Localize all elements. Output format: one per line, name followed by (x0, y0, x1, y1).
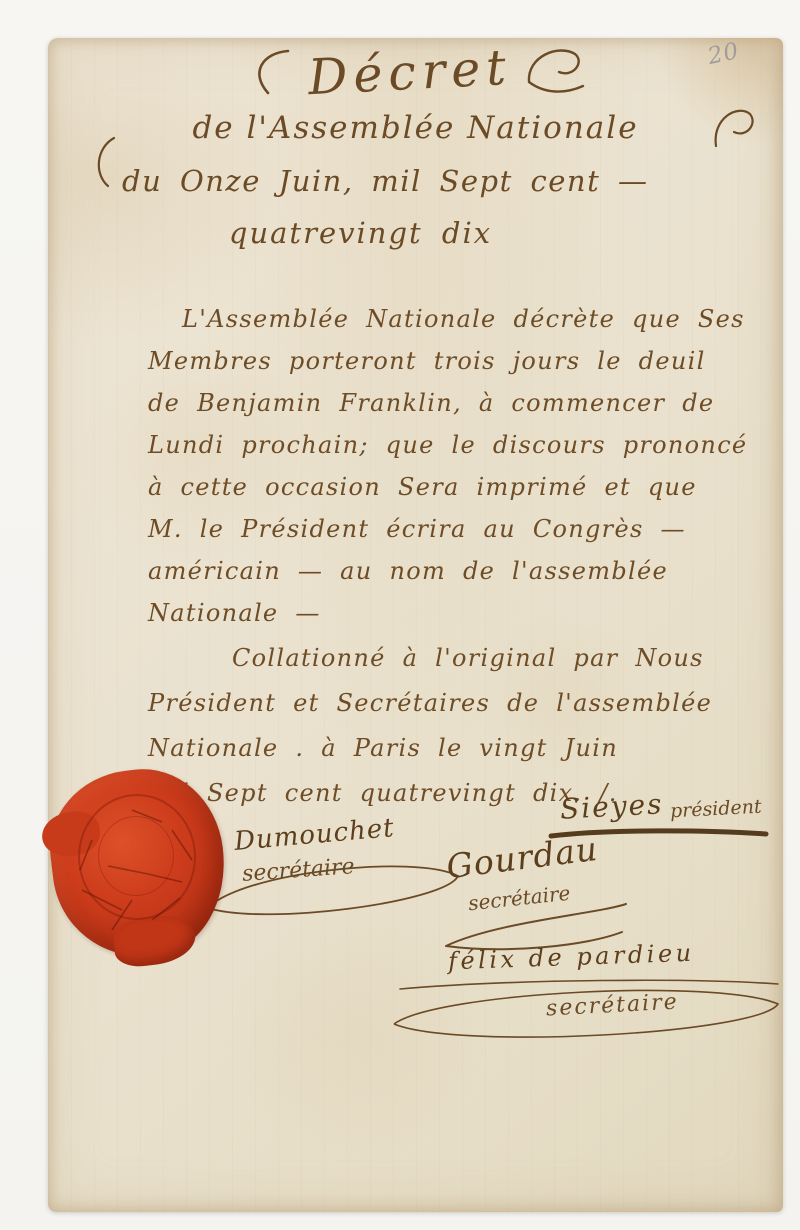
red-wax-seal (52, 770, 224, 956)
signature-felix-de-pardieu: félix de pardieu (448, 939, 695, 976)
body-line: de Benjamin Franklin, à commencer de (148, 382, 749, 424)
attestation-line: Nationale . à Paris le vingt Juin (148, 726, 749, 771)
heading-line: de l'Assemblée Nationale (48, 110, 783, 146)
signature-gourdau: Gourdau (444, 829, 600, 886)
signature-dumouchet-title: secrétaire (241, 854, 355, 887)
body-line: L'Assemblée Nationale décrète que Ses (148, 298, 749, 340)
body-line: à cette occasion Sera imprimé et que (148, 466, 749, 508)
title-row: Décret (48, 42, 783, 102)
body-line: américain — au nom de l'assemblée (148, 550, 749, 592)
body-line: M. le Président écrira au Congrès — (148, 508, 749, 550)
signature-underline-flourish (396, 976, 782, 992)
signature-dumouchet: Dumouchet (233, 813, 396, 857)
signature-felix-title: secrétaire (545, 990, 679, 1022)
manuscript-paper: 20 Décret de l'Assemblée Nationale du On… (48, 38, 783, 1212)
calligraphic-flourish-icon (525, 42, 589, 102)
photo-background: 20 Décret de l'Assemblée Nationale du On… (0, 0, 800, 1230)
calligraphic-flourish-icon (242, 43, 294, 101)
signature-sieyes: Sieyes (559, 787, 664, 825)
wax-crack-lines (52, 770, 224, 956)
body-line: Lundi prochain; que le discours prononcé (148, 424, 749, 466)
body-line: Membres porteront trois jours le deuil (148, 340, 749, 382)
attestation-line: Collationné à l'original par Nous (148, 636, 749, 681)
document-title: Décret (306, 38, 513, 106)
heading-line: quatrevingt dix (48, 216, 673, 250)
decree-body: L'Assemblée Nationale décrète que Ses Me… (148, 298, 749, 634)
signature-gourdau-title: secrétaire (467, 881, 571, 916)
body-line: Nationale — (148, 592, 749, 634)
heading-line: du Onze Juin, mil Sept cent — (122, 164, 648, 198)
signature-sieyes-title: président (669, 796, 762, 823)
attestation-line: Président et Secrétaires de l'assemblée (148, 681, 749, 726)
